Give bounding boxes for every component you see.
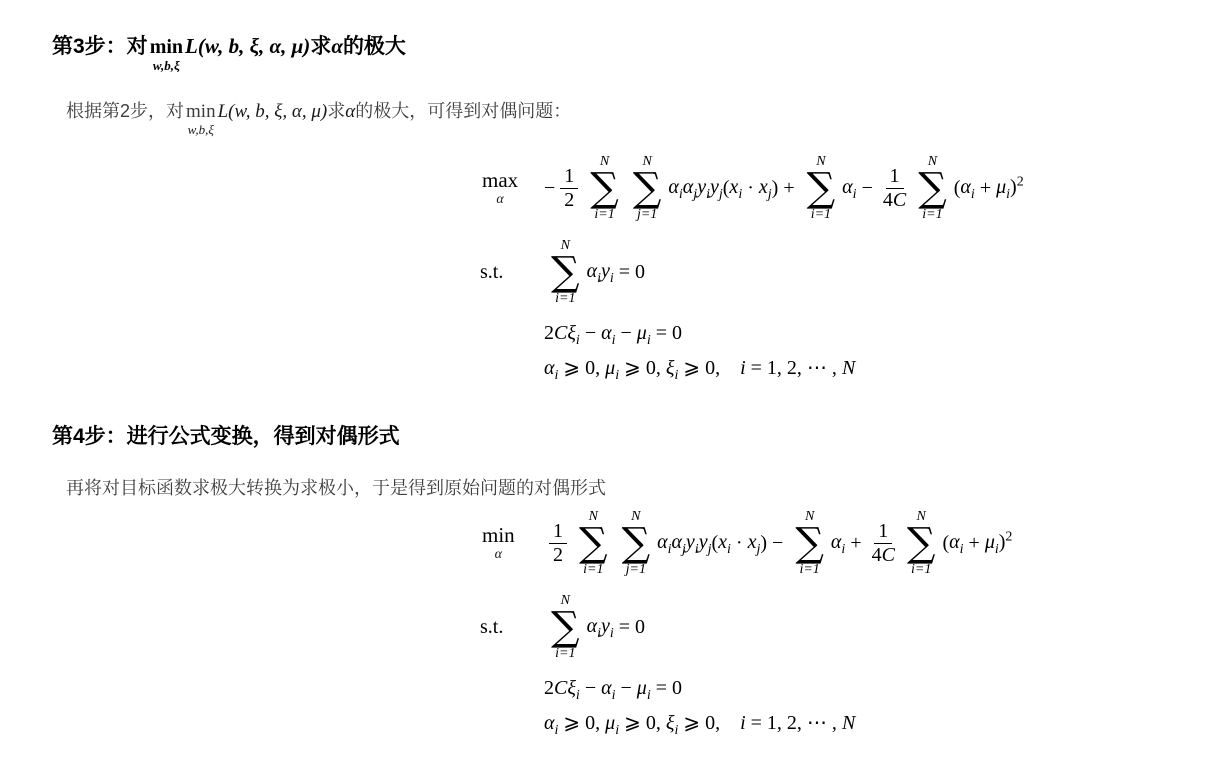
constraint-row: αi ⩾ 0, μi ⩾ 0, ξi ⩾ 0, i = 1, 2, ⋯ , N bbox=[480, 353, 1024, 388]
constraint-2: 2Cξi − αi − μi = 0 bbox=[544, 677, 682, 704]
constraint-2-expression: 2Cξi − αi − μi = 0 bbox=[544, 322, 682, 344]
min-stack: minα bbox=[482, 524, 515, 561]
penalty-term: (αi + μi)2 bbox=[954, 176, 1024, 198]
sum-over-i: N∑i=1 bbox=[551, 239, 580, 306]
alpha-symbol: α bbox=[345, 101, 355, 122]
constraint-3-expression: αi ⩾ 0, μi ⩾ 0, ξi ⩾ 0, i = 1, 2, ⋯ , N bbox=[544, 712, 855, 734]
min-label: min bbox=[150, 37, 183, 58]
objective-row: minα 12N∑i=1N∑j=1αiαjyiyj(xi · xj) − N∑i… bbox=[480, 501, 1012, 585]
sum-over-i: N∑i=1 bbox=[907, 510, 936, 577]
sum-lower-limit: i=1 bbox=[811, 208, 831, 222]
min-subscript: α bbox=[495, 548, 502, 562]
alpha-symbol: α bbox=[331, 34, 343, 58]
fraction-numerator: 1 bbox=[886, 165, 904, 189]
fraction-denominator: 2 bbox=[564, 189, 574, 211]
linear-term: αi + bbox=[831, 531, 867, 553]
step3-heading-suffix: 的极大 bbox=[343, 35, 406, 58]
min-label: min bbox=[482, 524, 515, 546]
constraint-1-expression: αiyi = 0 bbox=[587, 260, 645, 282]
sum-lower-limit: i=1 bbox=[911, 563, 931, 577]
st-label-cell: s.t. bbox=[480, 616, 544, 639]
fraction-denominator: 4C bbox=[872, 544, 895, 566]
sum-lower-limit: j=1 bbox=[626, 563, 646, 577]
fraction-one-half: 12 bbox=[560, 165, 578, 211]
sum-over-j: N∑j=1 bbox=[633, 155, 662, 222]
sum-over-i: N∑i=1 bbox=[795, 510, 824, 577]
step3-heading-prefix: 第3步：对 bbox=[52, 35, 148, 58]
subject-to-row: s.t. N∑i=1αiyi = 0 bbox=[480, 230, 1024, 314]
sum-over-i: N∑i=1 bbox=[918, 155, 947, 222]
min-label: min bbox=[186, 102, 216, 122]
constraint-1: N∑i=1αiyi = 0 bbox=[544, 594, 645, 661]
constraint-1-expression: αiyi = 0 bbox=[587, 615, 645, 637]
leading-sign: − bbox=[544, 176, 555, 198]
step3-heading-mid: 求 bbox=[310, 35, 331, 58]
constraint-row: 2Cξi − αi − μi = 0 bbox=[480, 318, 1024, 353]
sigma-icon: ∑ bbox=[579, 525, 608, 561]
min-operator: minw,b,ξ bbox=[186, 102, 216, 136]
sum-lower-limit: i=1 bbox=[555, 292, 575, 306]
step3-paragraph-suffix: 的极大，可得到对偶问题： bbox=[355, 101, 571, 121]
step4-heading-text: 第4步：进行公式变换，得到对偶形式 bbox=[52, 425, 400, 448]
sum-lower-limit: i=1 bbox=[555, 647, 575, 661]
max-label: max bbox=[482, 169, 518, 191]
step3-paragraph: 根据第2步，对minw,b,ξL(w, b, ξ, α, μ)求α的极大，可得到… bbox=[66, 97, 571, 136]
max-operator: maxα bbox=[480, 169, 544, 206]
objective-row: maxα −12N∑i=1N∑j=1αiαjyiyj(xi · xj) + N∑… bbox=[480, 146, 1024, 230]
sum-lower-limit: i=1 bbox=[594, 208, 614, 222]
step3-paragraph-mid: 求 bbox=[327, 101, 345, 121]
sum-over-i: N∑i=1 bbox=[590, 155, 619, 222]
step4-paragraph: 再将对目标函数求极大转换为求极小，于是得到原始问题的对偶形式 bbox=[66, 474, 606, 500]
step4-paragraph-text: 再将对目标函数求极大转换为求极小，于是得到原始问题的对偶形式 bbox=[66, 478, 606, 498]
fraction-numerator: 1 bbox=[560, 165, 578, 189]
objective-expression: 12N∑i=1N∑j=1αiαjyiyj(xi · xj) − N∑i=1αi … bbox=[544, 510, 1012, 577]
constraint-row: αi ⩾ 0, μi ⩾ 0, ξi ⩾ 0, i = 1, 2, ⋯ , N bbox=[480, 708, 1012, 743]
constraint-3: αi ⩾ 0, μi ⩾ 0, ξi ⩾ 0, i = 1, 2, ⋯ , N bbox=[544, 712, 855, 739]
min-subscript: w,b,ξ bbox=[188, 123, 214, 136]
fraction-denominator: 2 bbox=[553, 544, 563, 566]
min-subscript: w,b,ξ bbox=[153, 59, 180, 72]
sum-over-i: N∑i=1 bbox=[551, 594, 580, 661]
subject-to-label: s.t. bbox=[480, 261, 503, 284]
fraction-numerator: 1 bbox=[549, 520, 567, 544]
constraint-2: 2Cξi − αi − μi = 0 bbox=[544, 322, 682, 349]
document-page: 第3步：对minw,b,ξL(w, b, ξ, α, μ)求α的极大 根据第2步… bbox=[0, 0, 1214, 763]
sigma-icon: ∑ bbox=[590, 170, 619, 206]
sum-lower-limit: i=1 bbox=[799, 563, 819, 577]
constraint-row: 2Cξi − αi − μi = 0 bbox=[480, 673, 1012, 708]
constraint-1: N∑i=1αiyi = 0 bbox=[544, 239, 645, 306]
fraction-one-over-4c: 14C bbox=[883, 165, 906, 211]
fraction-one-half: 12 bbox=[549, 520, 567, 566]
sum-over-i: N∑i=1 bbox=[807, 155, 836, 222]
step3-paragraph-prefix: 根据第2步，对 bbox=[66, 101, 184, 121]
dual-form-formula: minα 12N∑i=1N∑j=1αiαjyiyj(xi · xj) − N∑i… bbox=[480, 501, 1012, 743]
sigma-icon: ∑ bbox=[622, 525, 651, 561]
constraint-3: αi ⩾ 0, μi ⩾ 0, ξi ⩾ 0, i = 1, 2, ⋯ , N bbox=[544, 357, 855, 384]
sigma-icon: ∑ bbox=[795, 525, 824, 561]
sum-lower-limit: j=1 bbox=[637, 208, 657, 222]
constraint-2-expression: 2Cξi − αi − μi = 0 bbox=[544, 677, 682, 699]
sigma-icon: ∑ bbox=[633, 170, 662, 206]
max-stack: maxα bbox=[482, 169, 518, 206]
step3-heading: 第3步：对minw,b,ξL(w, b, ξ, α, μ)求α的极大 bbox=[52, 30, 406, 72]
sigma-icon: ∑ bbox=[907, 525, 936, 561]
subject-to-label: s.t. bbox=[480, 616, 503, 639]
sum-lower-limit: i=1 bbox=[922, 208, 942, 222]
max-subscript: α bbox=[496, 193, 503, 207]
sigma-icon: ∑ bbox=[551, 609, 580, 645]
min-operator: minα bbox=[480, 524, 544, 561]
lagrangian-expression: L(w, b, ξ, α, μ) bbox=[185, 34, 310, 58]
lagrangian-expression: L(w, b, ξ, α, μ) bbox=[218, 101, 328, 122]
sum-lower-limit: i=1 bbox=[583, 563, 603, 577]
constraint-3-expression: αi ⩾ 0, μi ⩾ 0, ξi ⩾ 0, i = 1, 2, ⋯ , N bbox=[544, 357, 855, 379]
fraction-numerator: 1 bbox=[874, 520, 892, 544]
sum-over-j: N∑j=1 bbox=[622, 510, 651, 577]
linear-term: αi − bbox=[842, 176, 878, 198]
st-label-cell: s.t. bbox=[480, 261, 544, 284]
penalty-term: (αi + μi)2 bbox=[942, 531, 1012, 553]
sigma-icon: ∑ bbox=[551, 254, 580, 290]
min-operator: minw,b,ξ bbox=[150, 37, 183, 72]
dual-problem-formula: maxα −12N∑i=1N∑j=1αiαjyiyj(xi · xj) + N∑… bbox=[480, 146, 1024, 388]
objective-expression: −12N∑i=1N∑j=1αiαjyiyj(xi · xj) + N∑i=1αi… bbox=[544, 155, 1024, 222]
quadratic-term: αiαjyiyj(xi · xj) − bbox=[657, 531, 788, 553]
sigma-icon: ∑ bbox=[918, 170, 947, 206]
sum-over-i: N∑i=1 bbox=[579, 510, 608, 577]
step4-heading: 第4步：进行公式变换，得到对偶形式 bbox=[52, 420, 400, 450]
fraction-one-over-4c: 14C bbox=[872, 520, 895, 566]
fraction-denominator: 4C bbox=[883, 189, 906, 211]
subject-to-row: s.t. N∑i=1αiyi = 0 bbox=[480, 585, 1012, 669]
quadratic-term: αiαjyiyj(xi · xj) + bbox=[668, 176, 799, 198]
sigma-icon: ∑ bbox=[807, 170, 836, 206]
